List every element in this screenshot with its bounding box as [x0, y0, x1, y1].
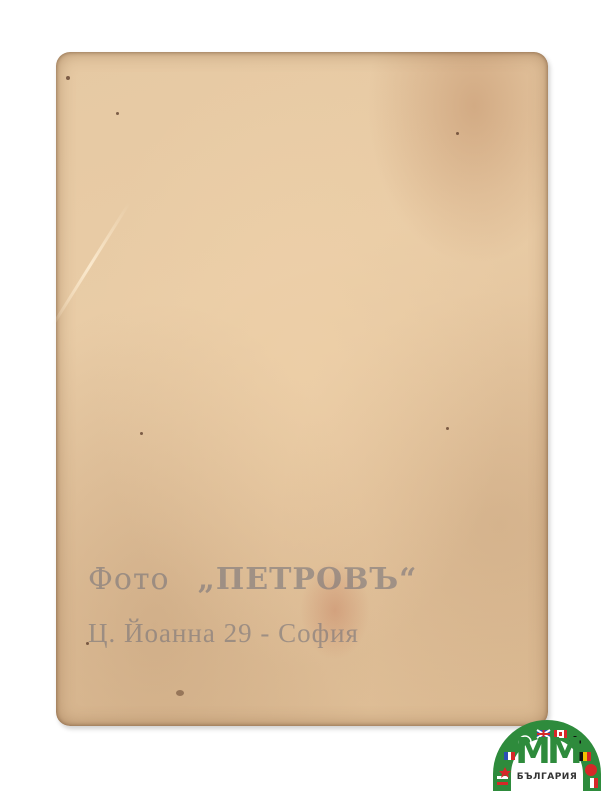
speck: [140, 432, 143, 435]
paper-crease: [49, 202, 131, 331]
speck: [66, 76, 70, 80]
watermark-logo: MM БЪЛГАРИЯ: [487, 712, 607, 791]
logo-caption: БЪЛГАРИЯ: [487, 772, 607, 782]
stamp-prefix: Фото: [88, 562, 170, 597]
logo-monogram: MM: [487, 734, 607, 770]
smudge: [176, 690, 184, 696]
stamp-studio-name: „ПЕТРОВЪ“: [198, 562, 418, 597]
speck: [116, 112, 119, 115]
stamp-address-line: Ц. Йоанна 29 - София: [88, 618, 359, 649]
speck: [446, 427, 449, 430]
stamp-studio-line: Фото„ПЕТРОВЪ“: [88, 562, 417, 597]
speck: [456, 132, 459, 135]
